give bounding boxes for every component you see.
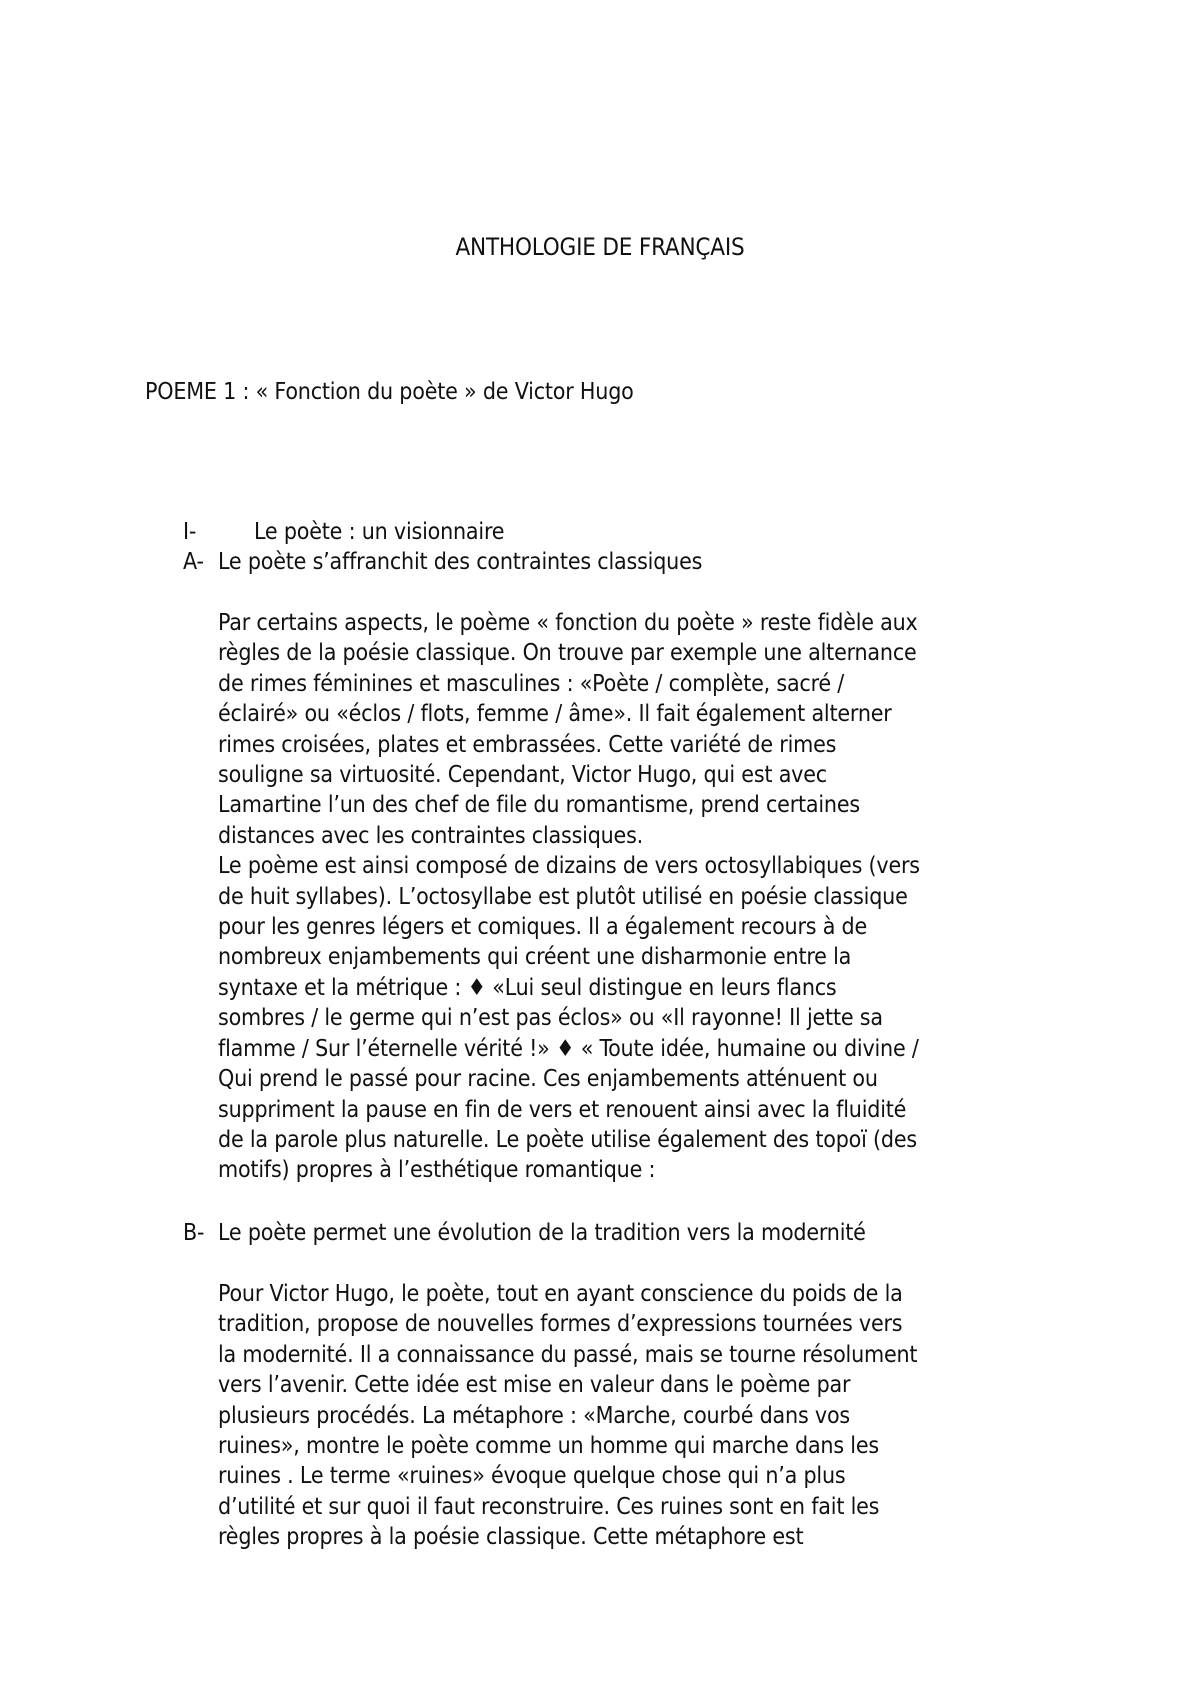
document-page: ANTHOLOGIE DE FRANÇAIS POEME 1 : « Fonct… (0, 0, 1200, 1698)
part-I-label: I- (183, 517, 196, 547)
paragraph-line: pour les genres légers et comiques. Il a… (218, 912, 920, 942)
paragraph-line: sombres / le germe qui n’est pas éclos» … (218, 1003, 920, 1033)
paragraph-line: règles propres à la poésie classique. Ce… (218, 1522, 917, 1552)
paragraph-line: distances avec les contraintes classique… (218, 821, 920, 851)
paragraph-line: tradition, propose de nouvelles formes d… (218, 1309, 917, 1339)
paragraph-line: motifs) propres à l’esthétique romantiqu… (218, 1155, 920, 1185)
document-title: ANTHOLOGIE DE FRANÇAIS (0, 232, 1200, 262)
paragraph-line: rimes croisées, plates et embrassées. Ce… (218, 730, 920, 760)
paragraph-line: ruines . Le terme «ruines» évoque quelqu… (218, 1461, 917, 1491)
paragraph-line: Lamartine l’un des chef de file du roman… (218, 790, 920, 820)
paragraph-line: règles de la poésie classique. On trouve… (218, 638, 920, 668)
paragraph-line: Par certains aspects, le poème « fonctio… (218, 608, 920, 638)
section-B-paragraph: Pour Victor Hugo, le poète, tout en ayan… (218, 1279, 917, 1553)
paragraph-line: suppriment la pause en fin de vers et re… (218, 1095, 920, 1125)
section-B-label: B- (183, 1218, 204, 1248)
paragraph-line: ruines», montre le poète comme un homme … (218, 1431, 917, 1461)
paragraph-line: de huit syllabes). L’octosyllabe est plu… (218, 882, 920, 912)
paragraph-line: Qui prend le passé pour racine. Ces enja… (218, 1064, 920, 1094)
paragraph-line: Le poème est ainsi composé de dizains de… (218, 851, 920, 881)
part-I-heading: Le poète : un visionnaire (254, 517, 504, 547)
paragraph-line: souligne sa virtuosité. Cependant, Victo… (218, 760, 920, 790)
paragraph-line: flamme / Sur l’éternelle vérité !» ♦ « T… (218, 1034, 920, 1064)
paragraph-line: plusieurs procédés. La métaphore : «Marc… (218, 1401, 917, 1431)
paragraph-line: d’utilité et sur quoi il faut reconstrui… (218, 1492, 917, 1522)
section-A-label: A- (183, 547, 204, 577)
paragraph-line: éclairé» ou «éclos / flots, femme / âme»… (218, 699, 920, 729)
paragraph-line: la modernité. Il a connaissance du passé… (218, 1340, 917, 1370)
paragraph-line: nombreux enjambements qui créent une dis… (218, 942, 920, 972)
paragraph-line: vers l’avenir. Cette idée est mise en va… (218, 1370, 917, 1400)
paragraph-line: de la parole plus naturelle. Le poète ut… (218, 1125, 920, 1155)
paragraph-line: Pour Victor Hugo, le poète, tout en ayan… (218, 1279, 917, 1309)
paragraph-line: de rimes féminines et masculines : «Poèt… (218, 669, 920, 699)
section-A-paragraph: Par certains aspects, le poème « fonctio… (218, 608, 920, 1186)
section-B-heading: Le poète permet une évolution de la trad… (218, 1218, 866, 1248)
section-A-heading: Le poète s’affranchit des contraintes cl… (218, 547, 702, 577)
paragraph-line: syntaxe et la métrique : ♦ «Lui seul dis… (218, 973, 920, 1003)
poem-heading: POEME 1 : « Fonction du poète » de Victo… (145, 377, 634, 407)
